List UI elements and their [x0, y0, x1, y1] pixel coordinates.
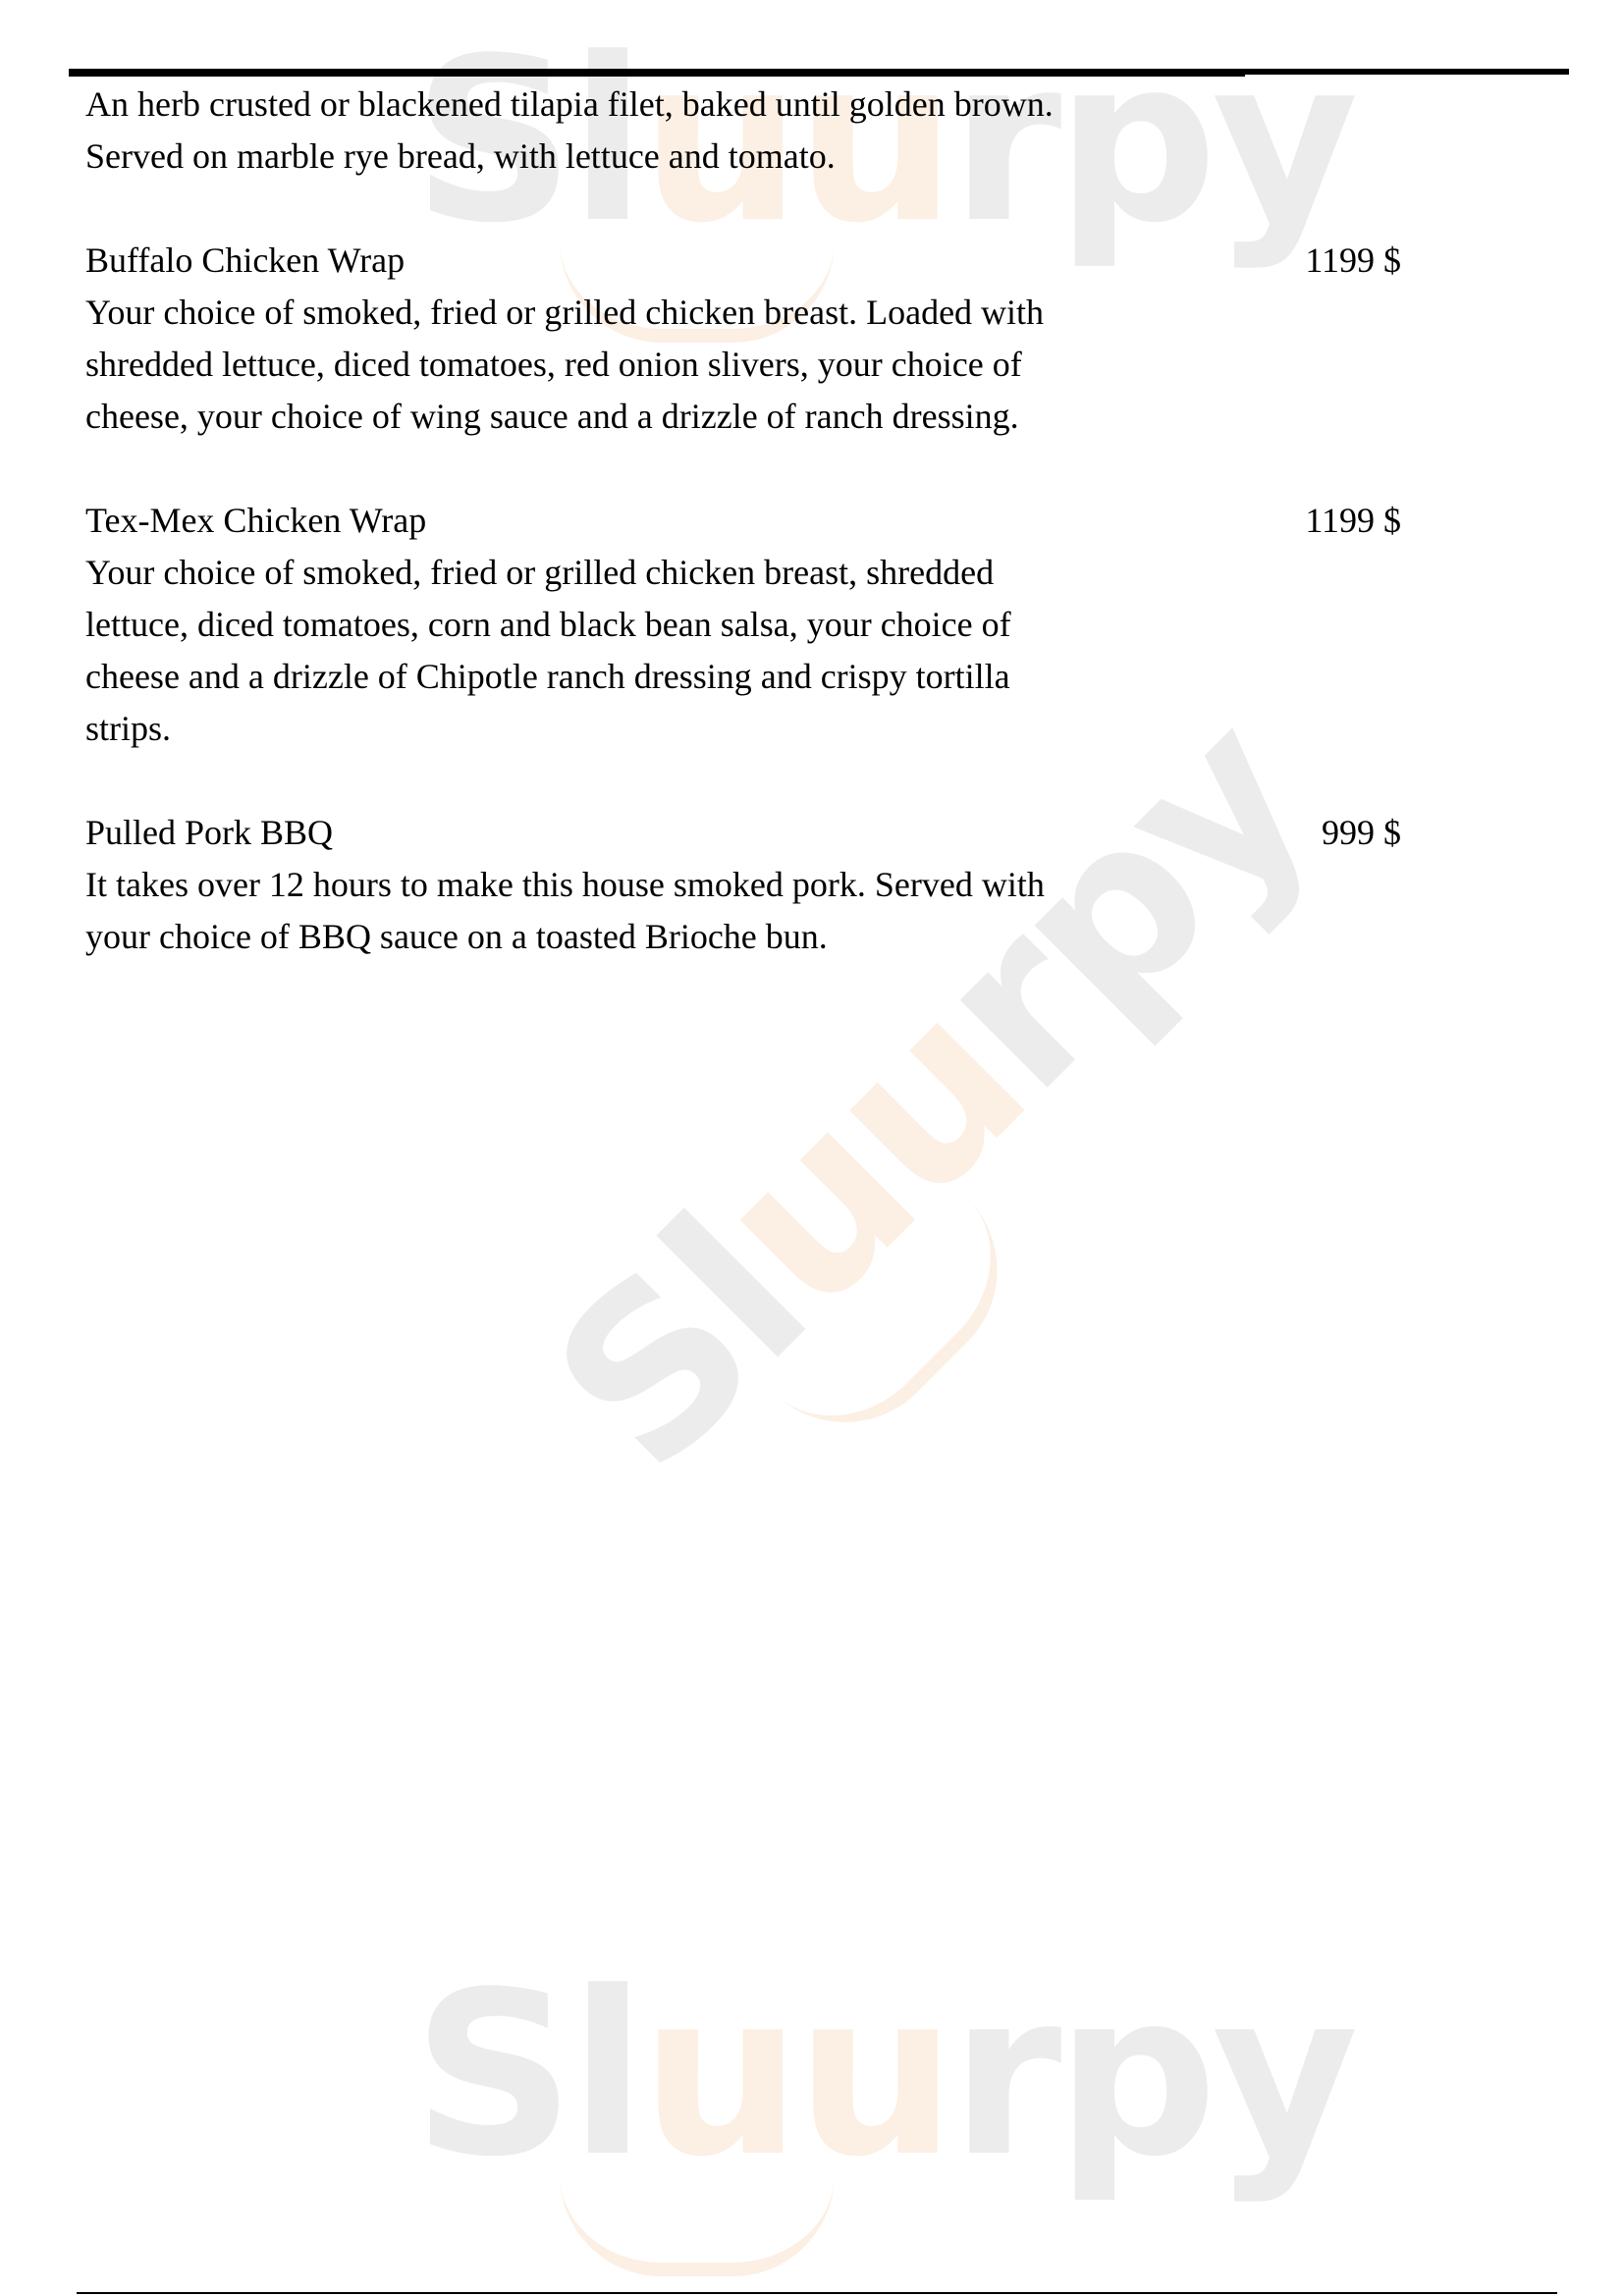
description-line: strips. [85, 703, 1244, 755]
watermark-text-part: Sl [507, 1173, 853, 1520]
description-line: cheese and a drizzle of Chipotle ranch d… [85, 651, 1244, 703]
item-header: Tex-Mex Chicken Wrap 1199 $ [85, 495, 1401, 547]
description-line: Your choice of smoked, fried or grilled … [85, 287, 1244, 339]
menu-item-continued: An herb crusted or blackened tilapia fil… [85, 79, 1401, 183]
menu-page: An herb crusted or blackened tilapia fil… [85, 79, 1401, 1015]
item-name: Buffalo Chicken Wrap [85, 235, 1401, 287]
watermark-text-part: rpy [950, 1945, 1353, 2207]
item-price: 1199 $ [1305, 495, 1401, 547]
description-line: lettuce, diced tomatoes, corn and black … [85, 599, 1244, 651]
description-line: Served on marble rye bread, with lettuce… [85, 131, 1244, 183]
item-header: Pulled Pork BBQ 999 $ [85, 807, 1401, 859]
menu-item: Tex-Mex Chicken Wrap 1199 $ Your choice … [85, 495, 1401, 755]
description-line: Your choice of smoked, fried or grilled … [85, 547, 1244, 599]
item-price: 1199 $ [1305, 235, 1401, 287]
description-line: An herb crusted or blackened tilapia fil… [85, 79, 1244, 131]
description-line: cheese, your choice of wing sauce and a … [85, 391, 1244, 443]
item-description: Your choice of smoked, fried or grilled … [85, 547, 1244, 755]
menu-item: Pulled Pork BBQ 999 $ It takes over 12 h… [85, 807, 1401, 963]
top-divider [69, 69, 1245, 77]
menu-item: Buffalo Chicken Wrap 1199 $ Your choice … [85, 235, 1401, 443]
item-description: An herb crusted or blackened tilapia fil… [85, 79, 1244, 183]
top-divider-right [1245, 69, 1569, 75]
bottom-divider [77, 2292, 1557, 2294]
sluurpy-watermark-bottom: Sluurpy [412, 1963, 1353, 2189]
item-description: Your choice of smoked, fried or grilled … [85, 287, 1244, 443]
item-price: 999 $ [1322, 807, 1401, 859]
item-name: Pulled Pork BBQ [85, 807, 1401, 859]
smile-logo-icon [773, 1198, 1040, 1465]
watermark-text-part: uu [641, 1945, 950, 2207]
item-header: Buffalo Chicken Wrap 1199 $ [85, 235, 1401, 287]
watermark-text-part: Sl [412, 1945, 641, 2207]
item-description: It takes over 12 hours to make this hous… [85, 859, 1244, 963]
description-line: It takes over 12 hours to make this hous… [85, 859, 1244, 911]
smile-logo-icon [560, 2174, 835, 2276]
description-line: shredded lettuce, diced tomatoes, red on… [85, 339, 1244, 391]
description-line: your choice of BBQ sauce on a toasted Br… [85, 911, 1244, 963]
item-name: Tex-Mex Chicken Wrap [85, 495, 1401, 547]
